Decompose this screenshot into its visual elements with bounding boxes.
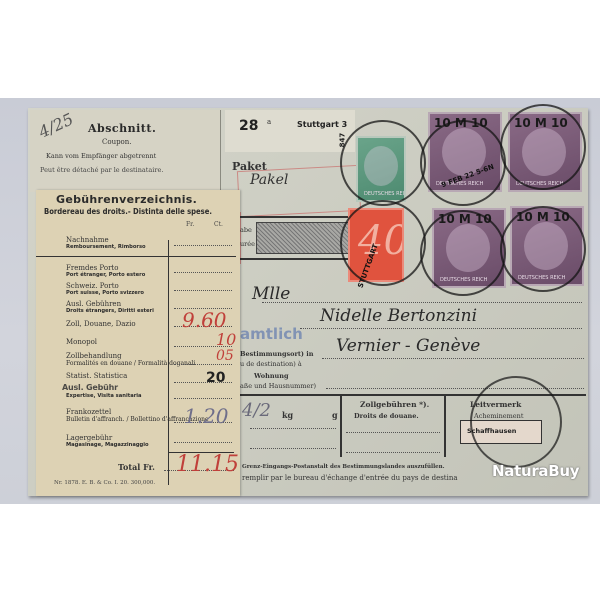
fee-value-franking: 1.20 xyxy=(184,404,229,428)
coupon-instruction-fr: Peut être détaché par le destinataire. xyxy=(40,166,163,174)
official-blue-stamp: amtlich xyxy=(240,325,303,343)
footer-instruction-fr: remplir par le bureau d'échange d'entrée… xyxy=(242,474,458,482)
coupon-section: 4/25 Abschnitt. Coupon. Kann vom Empfäng… xyxy=(30,110,221,192)
overstamp-fee: Ausl. Gebühr xyxy=(62,383,118,392)
fee-row: Zollbehandlung Formalités en douane / Fo… xyxy=(66,352,166,367)
fee-value-customs: 9.60 xyxy=(182,308,227,332)
recipient-title-handwritten: Mlle xyxy=(252,284,290,304)
fee-row: Fremdes Porto Port étranger, Porto ester… xyxy=(66,264,166,279)
fee-row: Monopol xyxy=(66,338,166,346)
fee-value-statistics: 20 xyxy=(206,370,225,386)
customs-fees-subtitle: Droits de douane. xyxy=(354,412,419,420)
label-origin-office: Stuttgart 3 xyxy=(297,120,347,129)
total-value: 11.15 xyxy=(176,452,239,477)
fee-value-monopoly: 10 xyxy=(216,330,236,349)
fee-value-clearance: 05 xyxy=(216,348,234,364)
postmark-circle xyxy=(340,200,426,286)
paket-handwritten: Pakel xyxy=(250,172,288,188)
address-label: Wohnung xyxy=(254,372,289,380)
naturabuy-watermark: NaturaBuy xyxy=(492,462,579,480)
column-centimes: Ct. xyxy=(214,221,223,228)
print-number: Nr. 1878. E. B. & Co. I. 20. 300,000. xyxy=(54,480,155,486)
coupon-handwritten-note: 4/25 xyxy=(36,109,77,141)
fee-list: Gebührenverzeichnis. Bordereau des droit… xyxy=(36,190,240,496)
postmark-circle xyxy=(340,120,426,206)
coupon-subtitle: Coupon. xyxy=(102,138,132,146)
customs-fees-title: Zollgebühren *). xyxy=(360,400,429,409)
column-francs: Fr. xyxy=(186,221,194,228)
fee-row: Frankozettel Bulletin d'affranch. / Boll… xyxy=(66,408,166,423)
destination-label: Bestimmungsort) in xyxy=(240,350,313,358)
fee-row: Zoll, Douane, Dazio xyxy=(66,320,166,328)
fee-list-title: Gebührenverzeichnis. xyxy=(56,193,197,206)
dispatch-label: 28 a Stuttgart 3 847 xyxy=(225,110,355,152)
address-sublabel: aße und Hausnummer) xyxy=(240,382,316,390)
destination-handwritten: Vernier - Genève xyxy=(336,336,480,356)
label-number: 28 xyxy=(239,118,258,134)
fee-row: Schweiz. Porto Port suisse, Porto svizze… xyxy=(66,282,166,297)
coupon-title: Abschnitt. xyxy=(88,122,156,135)
label-suffix: a xyxy=(267,118,271,126)
fee-list-subtitle: Bordereau des droits.- Distinta delle sp… xyxy=(44,207,212,216)
footer-instruction-de: Grenz-Eingangs-Postanstalt des Bestimmun… xyxy=(242,464,445,470)
fee-row: Nachnahme Remboursement, Rimborso xyxy=(66,236,166,251)
postmark-circle xyxy=(420,210,506,296)
destination-label-fr: u de destination) à xyxy=(240,360,302,368)
fee-row: Statist. Statistica xyxy=(66,372,166,380)
total-label: Total Fr. xyxy=(118,462,155,472)
weight-handwritten: 4/2 xyxy=(242,400,271,421)
coupon-instruction-de: Kann vom Empfänger abgetrennt xyxy=(46,152,156,160)
recipient-name-handwritten: Nidelle Bertonzini xyxy=(320,306,477,326)
postmark-circle xyxy=(420,120,506,206)
postmark-circle xyxy=(500,104,586,190)
arrival-postmark xyxy=(470,376,562,468)
fee-row: Expertise, Visita sanitaria xyxy=(66,393,166,400)
fee-row: Lagergebühr Magasinage, Magazzinaggio xyxy=(66,434,166,449)
fee-row: Ausl. Gebühren Droits étrangers, Diritti… xyxy=(66,300,166,315)
postmark-circle xyxy=(500,206,586,292)
